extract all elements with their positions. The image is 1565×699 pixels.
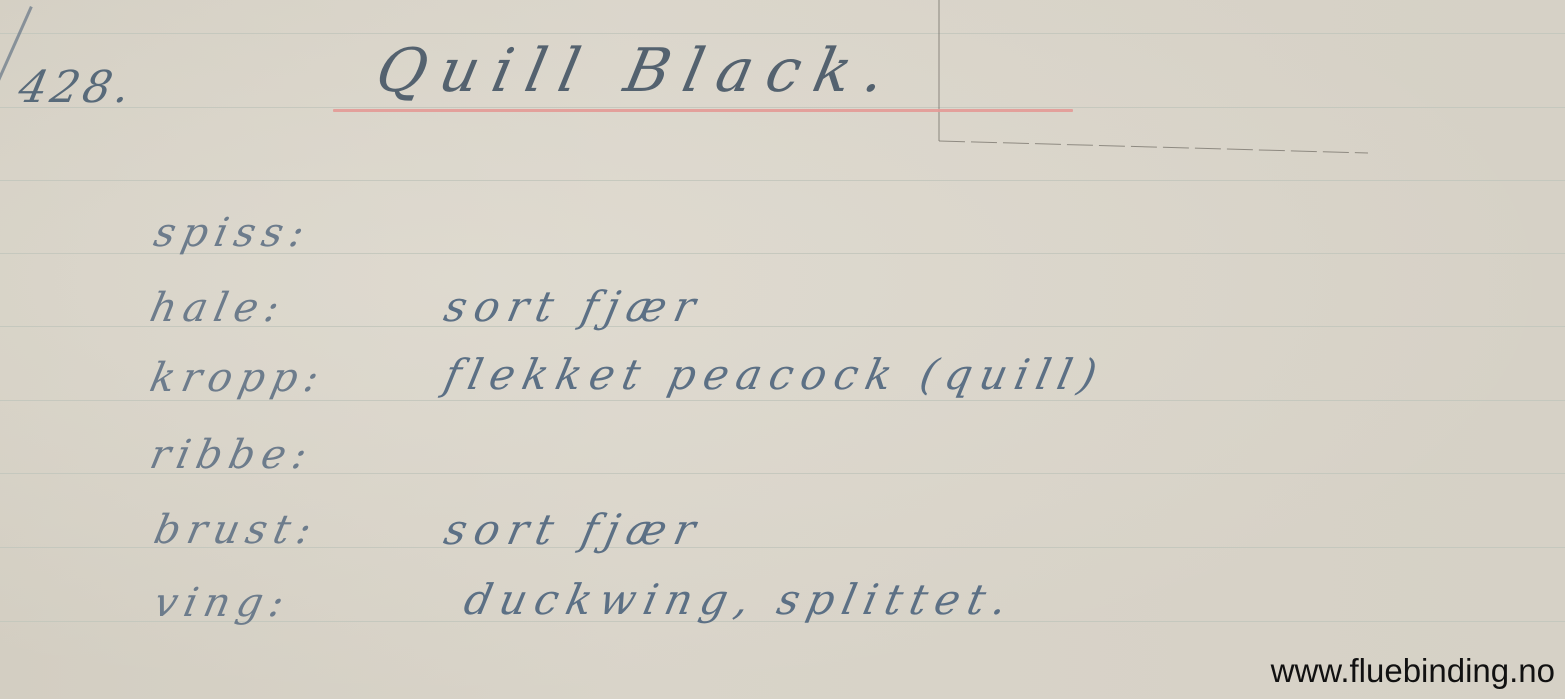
- pencil-corner-box: [938, 0, 1368, 155]
- field-label-ving: ving:: [150, 580, 295, 626]
- title-underline: [333, 109, 1073, 112]
- fly-title: Quill Black.: [370, 36, 905, 106]
- field-value-hale: sort fjær: [440, 282, 708, 331]
- ruled-line: [0, 33, 1565, 34]
- field-value-ving: duckwing, splittet.: [460, 575, 1019, 624]
- field-value-brust: sort fjær: [440, 505, 708, 554]
- entry-number: 428.: [14, 62, 139, 113]
- field-label-brust: brust:: [150, 507, 322, 553]
- field-label-kropp: kropp:: [146, 355, 330, 401]
- watermark-url: www.fluebinding.no: [1271, 652, 1555, 690]
- field-label-hale: hale:: [146, 285, 290, 331]
- ruled-line: [0, 107, 1565, 108]
- notebook-page: 428. Quill Black. spiss: hale: sort fjær…: [0, 0, 1565, 699]
- field-label-spiss: spiss:: [150, 210, 315, 256]
- field-value-kropp: flekket peacock (quill): [440, 350, 1109, 399]
- ruled-line: [0, 180, 1565, 181]
- field-label-ribbe: ribbe:: [146, 432, 318, 478]
